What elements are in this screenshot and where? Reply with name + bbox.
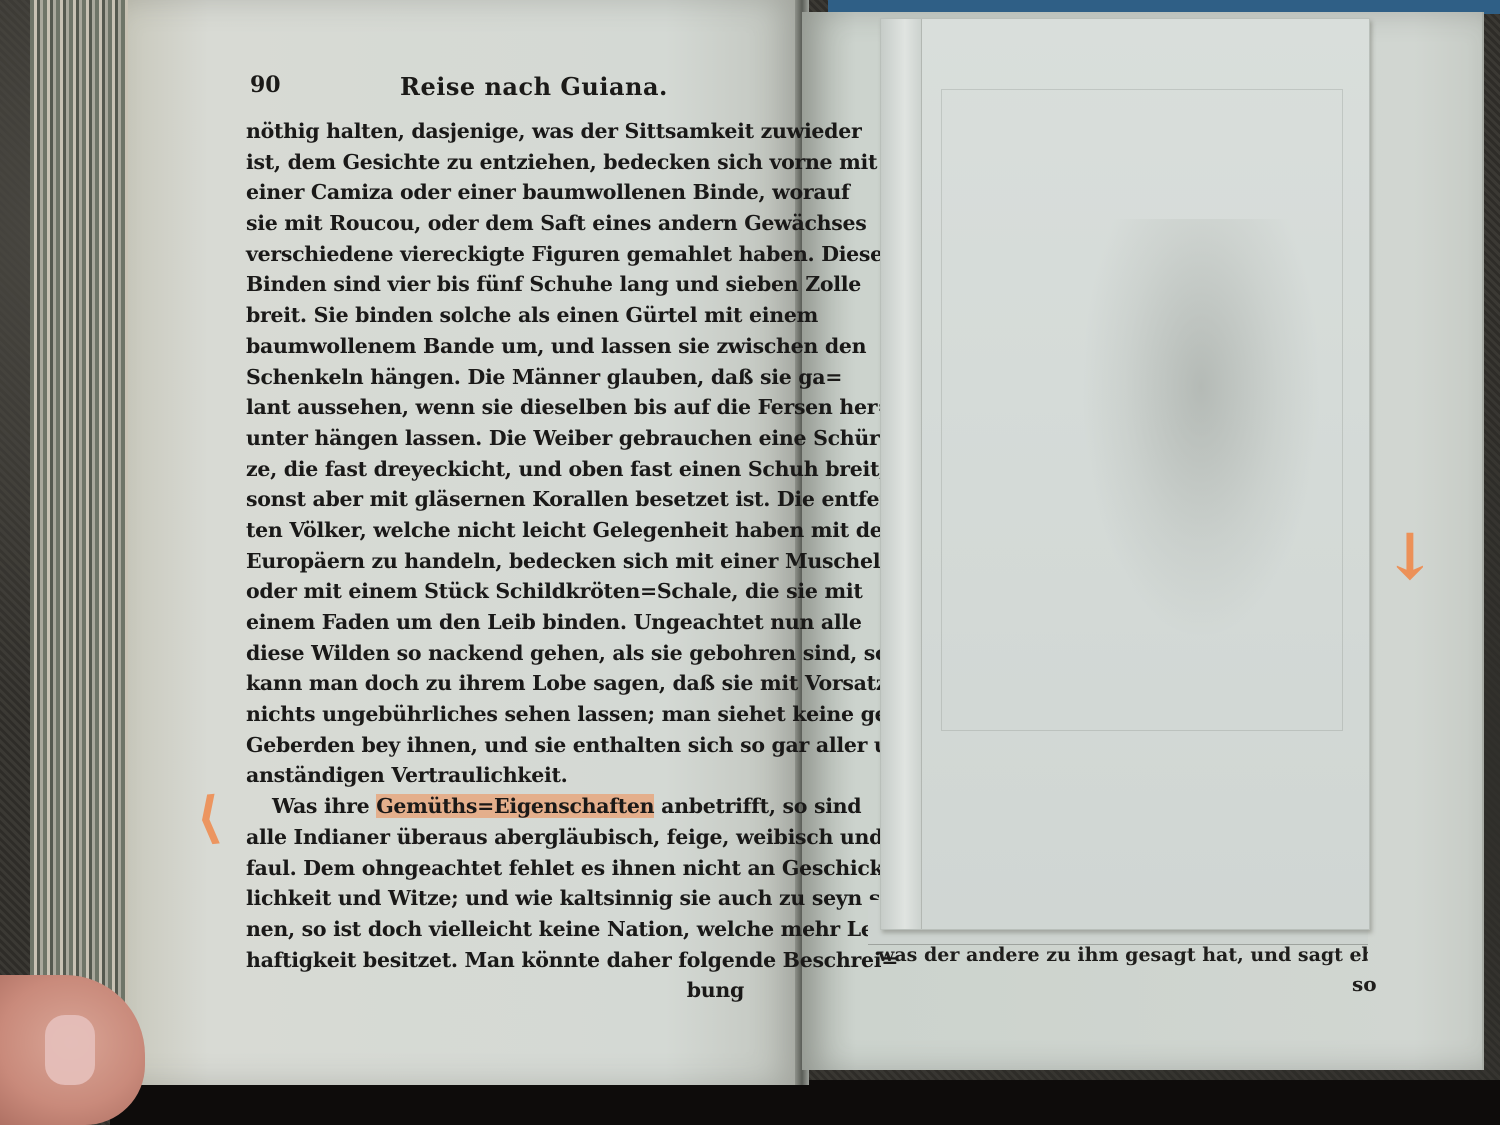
running-head-title: Reise nach Guiana.: [400, 72, 668, 101]
text-line: nichts ungebührliches sehen lassen; man …: [246, 699, 744, 730]
text-line: haftigkeit besitzet. Man könnte daher fo…: [246, 945, 744, 976]
running-head: 90 Reise nach Guiana.: [250, 72, 740, 106]
left-page-body: nöthig halten, dasjenige, was der Sittsa…: [246, 116, 744, 1006]
text-line: diese Wilden so nackend gehen, als sie g…: [246, 638, 744, 669]
text-line: verschiedene viereckigte Figuren gemahle…: [246, 239, 744, 270]
text-line: baumwollenem Bande um, und lassen sie zw…: [246, 331, 744, 362]
text-line: ze, die fast dreyeckicht, und oben fast …: [246, 454, 744, 485]
text-line: nöthig halten, dasjenige, was der Sittsa…: [246, 116, 744, 147]
thumb-nail: [45, 1015, 95, 1085]
highlighted-word: Gemüths=Eigenschaften: [376, 794, 654, 818]
text-line: Binden sind vier bis fünf Schuhe lang un…: [246, 269, 744, 300]
text-line: alle Indianer überaus abergläubisch, fei…: [246, 822, 744, 853]
right-page-partial-line: was der andere zu ihm gesagt hat, und sa…: [878, 944, 1368, 968]
text-line: Europäern zu handeln, bedecken sich mit …: [246, 546, 744, 577]
text-line: ten Völker, welche nicht leicht Gelegenh…: [246, 515, 744, 546]
text-line: nen, so ist doch vielleicht keine Nation…: [246, 914, 744, 945]
right-catchword: so: [1352, 972, 1377, 996]
tissue-guard: [880, 18, 1370, 930]
text-line: anständigen Vertraulichkeit.: [246, 760, 744, 791]
orange-down-arrow-icon: ↓: [1383, 520, 1437, 595]
text-line: lichkeit und Witze; und wie kaltsinnig s…: [246, 883, 744, 914]
text-fragment: Was ihre: [272, 794, 376, 818]
text-line: unter hängen lassen. Die Weiber gebrauch…: [246, 423, 744, 454]
text-line: Geberden bey ihnen, und sie enthalten si…: [246, 730, 744, 761]
text-fragment: anbetrifft, so sind: [654, 794, 861, 818]
page-number: 90: [250, 72, 281, 98]
text-line: kann man doch zu ihrem Lobe sagen, daß s…: [246, 668, 744, 699]
paragraph-start-line: Was ihre Gemüths=Eigenschaften anbetriff…: [246, 791, 744, 822]
text-line: ist, dem Gesichte zu entziehen, bedecken…: [246, 147, 744, 178]
page-block-edges: [30, 0, 132, 1085]
text-line: einer Camiza oder einer baumwollenen Bin…: [246, 177, 744, 208]
text-line: lant aussehen, wenn sie dieselben bis au…: [246, 392, 744, 423]
text-line: oder mit einem Stück Schildkröten=Schale…: [246, 576, 744, 607]
text-line: sie mit Roucou, oder dem Saft eines ande…: [246, 208, 744, 239]
text-line: Schenkeln hängen. Die Männer glauben, da…: [246, 362, 744, 393]
text-line: faul. Dem ohngeachtet fehlet es ihnen ni…: [246, 853, 744, 884]
text-line: einem Faden um den Leib binden. Ungeacht…: [246, 607, 744, 638]
plate-figure-ghost: [1081, 219, 1321, 639]
text-line: breit. Sie binden solche als einen Gürte…: [246, 300, 744, 331]
text-line: sonst aber mit gläsernen Korallen besetz…: [246, 484, 744, 515]
book-cover-edge: [110, 1080, 1500, 1125]
tissue-fold: [881, 19, 922, 929]
catchword: bung: [246, 975, 744, 1006]
